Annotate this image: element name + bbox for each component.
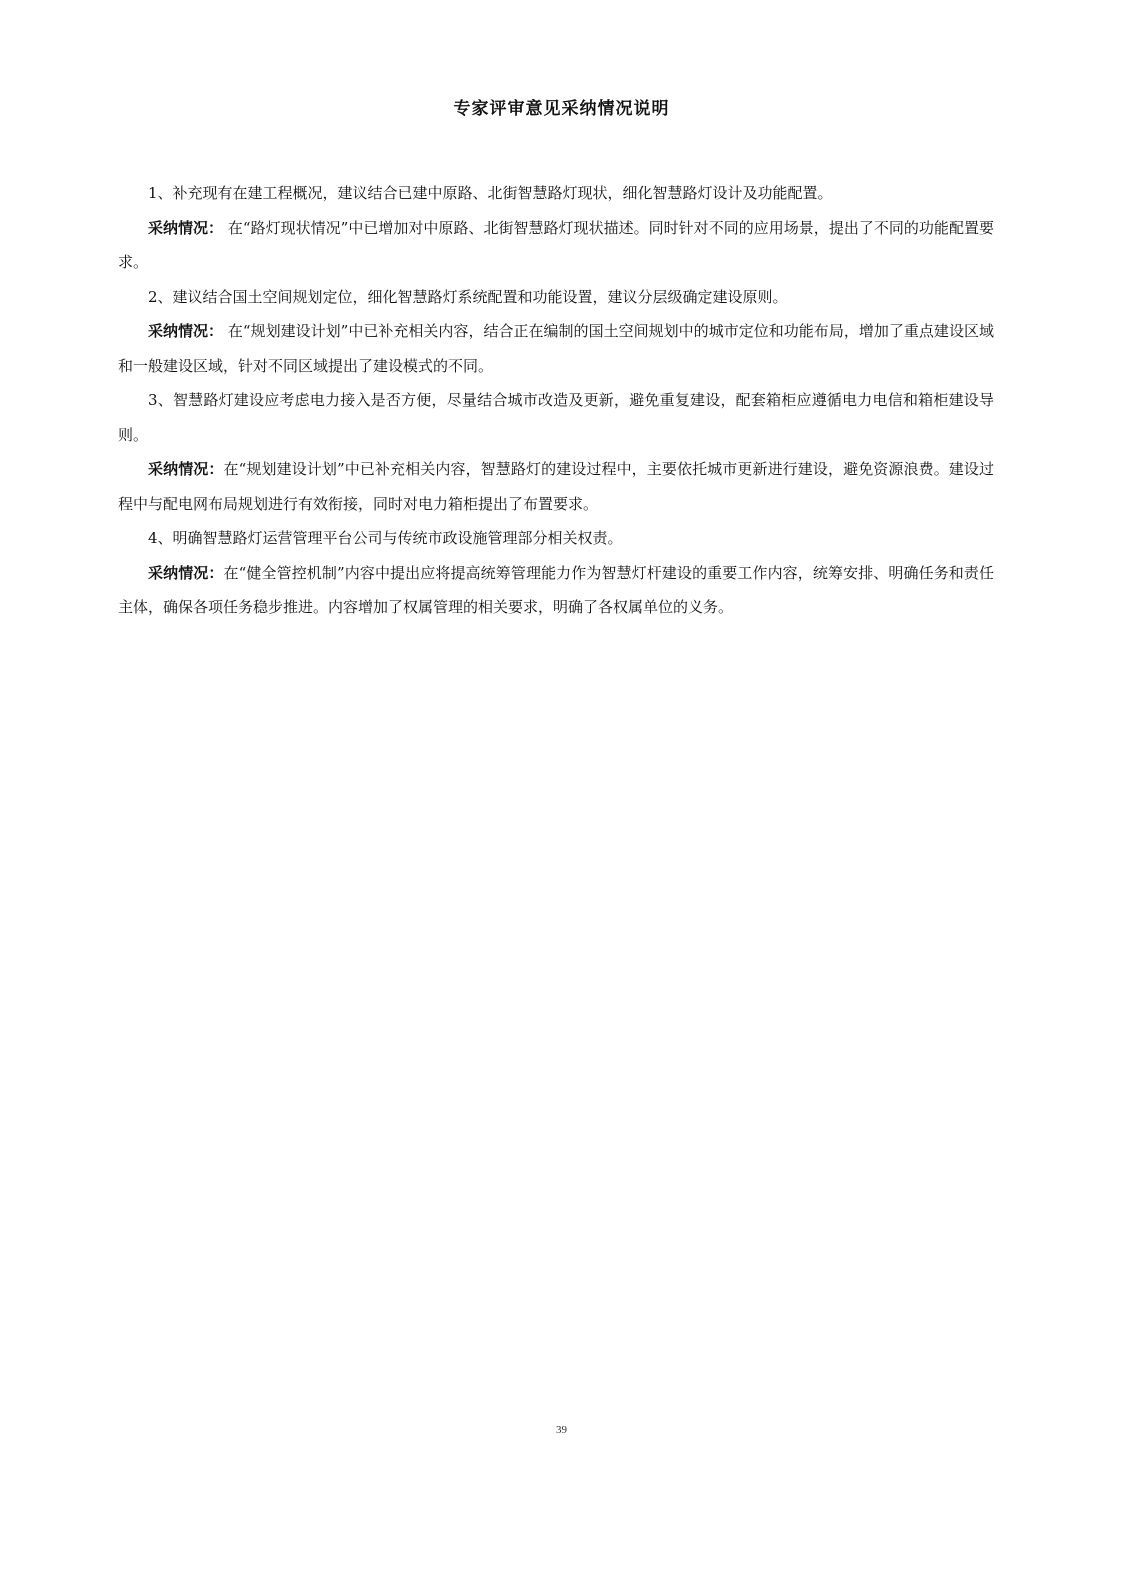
adoption-text: 在“规划建设计划”中已补充相关内容，结合正在编制的国土空间规划中的城市定位和功能…: [118, 322, 994, 375]
page-number: 39: [0, 1424, 1123, 1436]
document-page: 专家评审意见采纳情况说明 1、补充现有在建工程概况，建议结合已建中原路、北街智慧…: [0, 0, 1123, 1588]
adoption-label: 采纳情况：: [148, 219, 223, 237]
adoption-label: 采纳情况：: [148, 564, 224, 582]
document-title: 专家评审意见采纳情况说明: [0, 94, 1123, 119]
opinion-2: 2、建议结合国土空间规划定位，细化智慧路灯系统配置和功能设置，建议分层级确定建设…: [118, 280, 994, 315]
opinion-4: 4、明确智慧路灯运营管理平台公司与传统市政设施管理部分相关权责。: [118, 521, 994, 556]
adoption-text: 在“健全管控机制”内容中提出应将提高统筹管理能力作为智慧灯杆建设的重要工作内容，…: [118, 564, 994, 617]
adoption-label: 采纳情况：: [148, 460, 224, 478]
document-body: 1、补充现有在建工程概况，建议结合已建中原路、北街智慧路灯现状，细化智慧路灯设计…: [118, 176, 994, 625]
adoption-1: 采纳情况： 在“路灯现状情况”中已增加对中原路、北街智慧路灯现状描述。同时针对不…: [118, 211, 994, 280]
adoption-label: 采纳情况：: [148, 322, 223, 340]
adoption-text: 在“规划建设计划”中已补充相关内容，智慧路灯的建设过程中，主要依托城市更新进行建…: [118, 460, 994, 513]
opinion-3: 3、智慧路灯建设应考虑电力接入是否方便，尽量结合城市改造及更新，避免重复建设，配…: [118, 383, 994, 452]
adoption-4: 采纳情况：在“健全管控机制”内容中提出应将提高统筹管理能力作为智慧灯杆建设的重要…: [118, 556, 994, 625]
opinion-1: 1、补充现有在建工程概况，建议结合已建中原路、北街智慧路灯现状，细化智慧路灯设计…: [118, 176, 994, 211]
adoption-3: 采纳情况：在“规划建设计划”中已补充相关内容，智慧路灯的建设过程中，主要依托城市…: [118, 452, 994, 521]
adoption-text: 在“路灯现状情况”中已增加对中原路、北街智慧路灯现状描述。同时针对不同的应用场景…: [118, 219, 994, 272]
adoption-2: 采纳情况： 在“规划建设计划”中已补充相关内容，结合正在编制的国土空间规划中的城…: [118, 314, 994, 383]
